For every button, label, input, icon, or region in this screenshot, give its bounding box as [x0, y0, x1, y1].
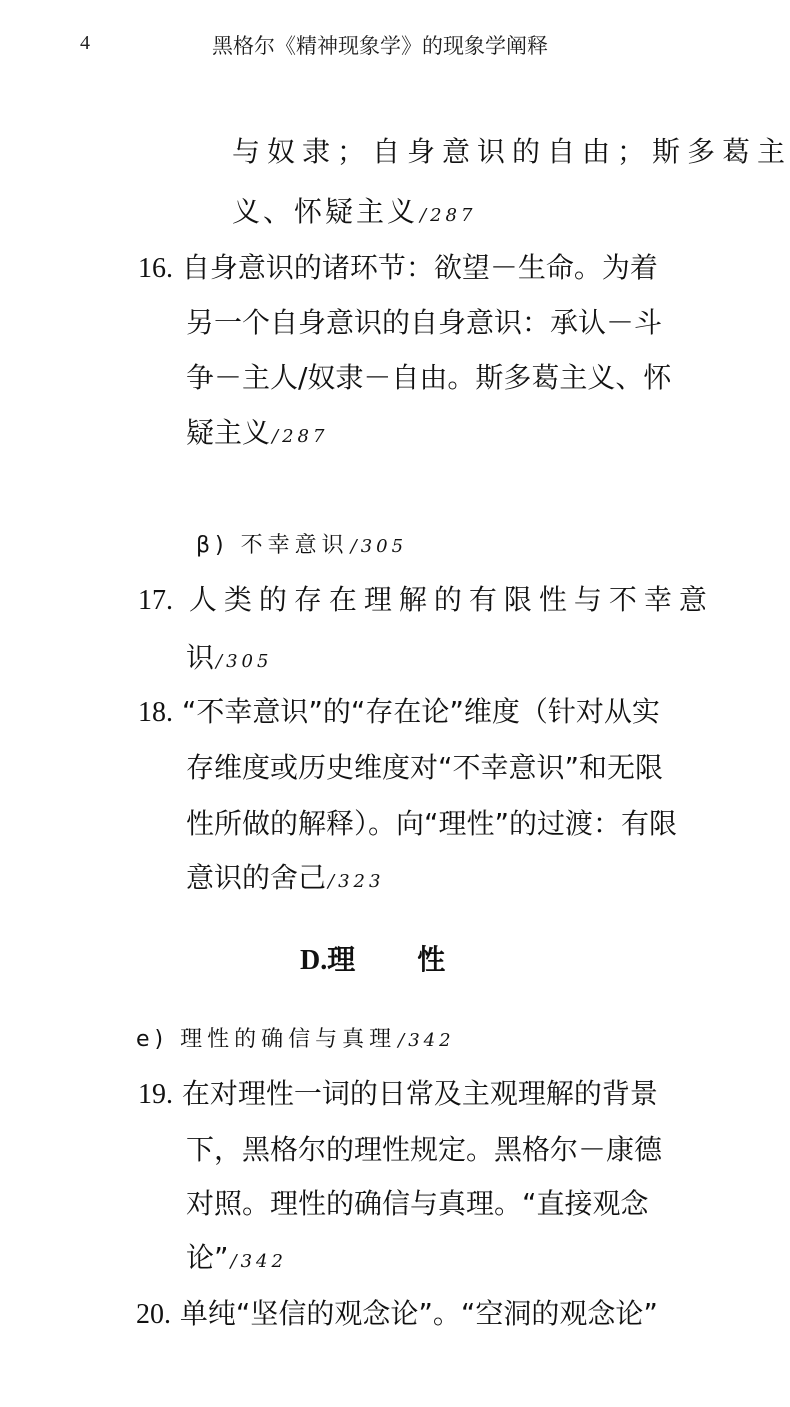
page-ref: /305 [216, 651, 272, 672]
toc-entry-continuation-line-1: 与奴隶；自身意识的自由；斯多葛主 [232, 134, 790, 170]
subsection-label: e) [136, 1027, 168, 1052]
page-ref: /342 [231, 1251, 287, 1272]
toc-entry-16: 16. 自身意识的诸环节：欲望－生命。为着 [138, 250, 658, 287]
toc-entry-16-line-3: 争－主人/奴隶－自由。斯多葛主义、怀 [186, 360, 671, 396]
toc-entry-16-line-2: 另一个自身意识的自身意识：承认－斗 [186, 305, 662, 341]
entry-number: 18. [138, 697, 173, 728]
toc-entry-18-line-4: 意识的舍己/323 [186, 860, 384, 900]
toc-subsection-beta: β) 不幸意识/305 [196, 528, 407, 565]
section-heading-d: D.理性 [300, 938, 445, 978]
toc-entry-18: 18. “不幸意识”的“存在论”维度（针对从实 [138, 694, 660, 731]
entry-number: 17. [138, 585, 173, 616]
page-ref: /287 [420, 205, 476, 226]
toc-entry-18-line-3: 性所做的解释）。向“理性”的过渡：有限 [186, 806, 677, 842]
toc-entry-18-line-2: 存维度或历史维度对“不幸意识”和无限 [186, 750, 663, 786]
toc-subsection-e: e) 理性的确信与真理/342 [136, 1022, 455, 1059]
page-ref: /305 [351, 536, 407, 557]
toc-entry-17: 17. 人类的存在理解的有限性与不幸意 [138, 582, 714, 619]
subsection-label: β) [196, 533, 229, 558]
running-title: 黑格尔《精神现象学》的现象学阐释 [212, 30, 548, 60]
entry-number: 16. [138, 253, 173, 284]
page-ref: /323 [328, 871, 384, 892]
entry-number: 19. [138, 1079, 173, 1110]
toc-entry-20: 20. 单纯“坚信的观念论”。“空洞的观念论” [136, 1296, 658, 1333]
entry-number: 20. [136, 1299, 171, 1330]
toc-entry-19-line-4: 论”/342 [186, 1240, 287, 1280]
toc-entry-19-line-2: 下，黑格尔的理性规定。黑格尔－康德 [186, 1132, 662, 1168]
page-ref: /287 [272, 426, 328, 447]
toc-entry-continuation-line-2: 义、怀疑主义/287 [232, 194, 476, 234]
toc-entry-17-line-2: 识/305 [186, 640, 272, 680]
page-number: 4 [80, 32, 90, 55]
toc-entry-19: 19. 在对理性一词的日常及主观理解的背景 [138, 1076, 658, 1113]
page-ref: /342 [398, 1030, 454, 1051]
toc-entry-16-line-4: 疑主义/287 [186, 415, 328, 455]
toc-entry-19-line-3: 对照。理性的确信与真理。“直接观念 [186, 1186, 649, 1222]
